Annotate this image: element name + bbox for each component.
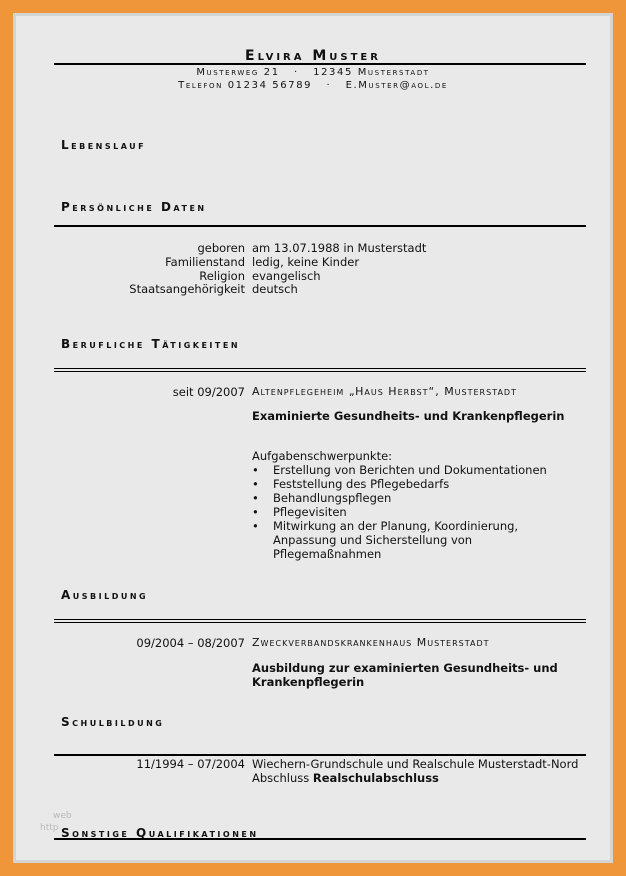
school-graduation: Abschluss Realschulabschluss [252, 771, 578, 785]
section-heading-education: Ausbildung [61, 588, 148, 602]
header-rule [54, 63, 586, 65]
work-tasks-label: Aufgabenschwerpunkte: [252, 449, 392, 463]
section-rule-education [54, 619, 586, 620]
section-heading-personal: Persönliche Daten [61, 200, 207, 214]
section-rule-work [54, 368, 586, 369]
list-item: Feststellung des Pflegebedarfs [252, 477, 547, 491]
task-list: Erstellung von Berichten und Dokumentati… [252, 463, 547, 533]
section-heading-work: Berufliche Tätigkeiten [61, 337, 240, 351]
education-degree-line2: Krankenpflegerin [252, 675, 558, 689]
address-line: Musterweg 21 · 12345 Musterstadt [16, 67, 610, 78]
education-degree-line1: Ausbildung zur examinierten Gesundheits-… [252, 661, 558, 675]
page-frame: Elvira Muster Musterweg 21 · 12345 Muste… [13, 13, 613, 863]
list-item-continuation: Anpassung und Sicherstellung von [252, 533, 547, 547]
section-rule-personal [54, 225, 586, 227]
cv-page: Elvira Muster Musterweg 21 · 12345 Muste… [16, 16, 610, 860]
list-item: Erstellung von Berichten und Dokumentati… [252, 463, 547, 477]
cv-title: Lebenslauf [61, 138, 146, 152]
list-item-continuation: Pflegemaßnahmen [252, 547, 547, 561]
list-item: Behandlungspflegen [252, 491, 547, 505]
education-institution: Zweckverbandskrankenhaus Musterstadt [252, 636, 490, 650]
section-rule-school [54, 754, 586, 756]
applicant-name: Elvira Muster [16, 48, 610, 64]
watermark-text: web [53, 811, 72, 821]
school-period: 11/1994 – 07/2004 [136, 757, 245, 771]
work-employer: Altenpflegeheim „Haus Herbst“, Mustersta… [252, 385, 517, 399]
list-item: Pflegevisiten [252, 505, 547, 519]
contact-line: Telefon 01234 56789 · E.Muster@aol.de [16, 80, 610, 91]
work-period: seit 09/2007 [173, 385, 245, 399]
section-heading-school: Schulbildung [61, 715, 164, 729]
list-item: Mitwirkung an der Planung, Koordinierung… [252, 519, 547, 533]
education-period: 09/2004 – 08/2007 [136, 636, 245, 650]
work-position: Examinierte Gesundheits- und Krankenpfle… [252, 409, 564, 423]
section-rule-other [54, 838, 586, 840]
school-name: Wiechern-Grundschule und Realschule Must… [252, 757, 578, 771]
watermark-text: http [40, 823, 58, 833]
